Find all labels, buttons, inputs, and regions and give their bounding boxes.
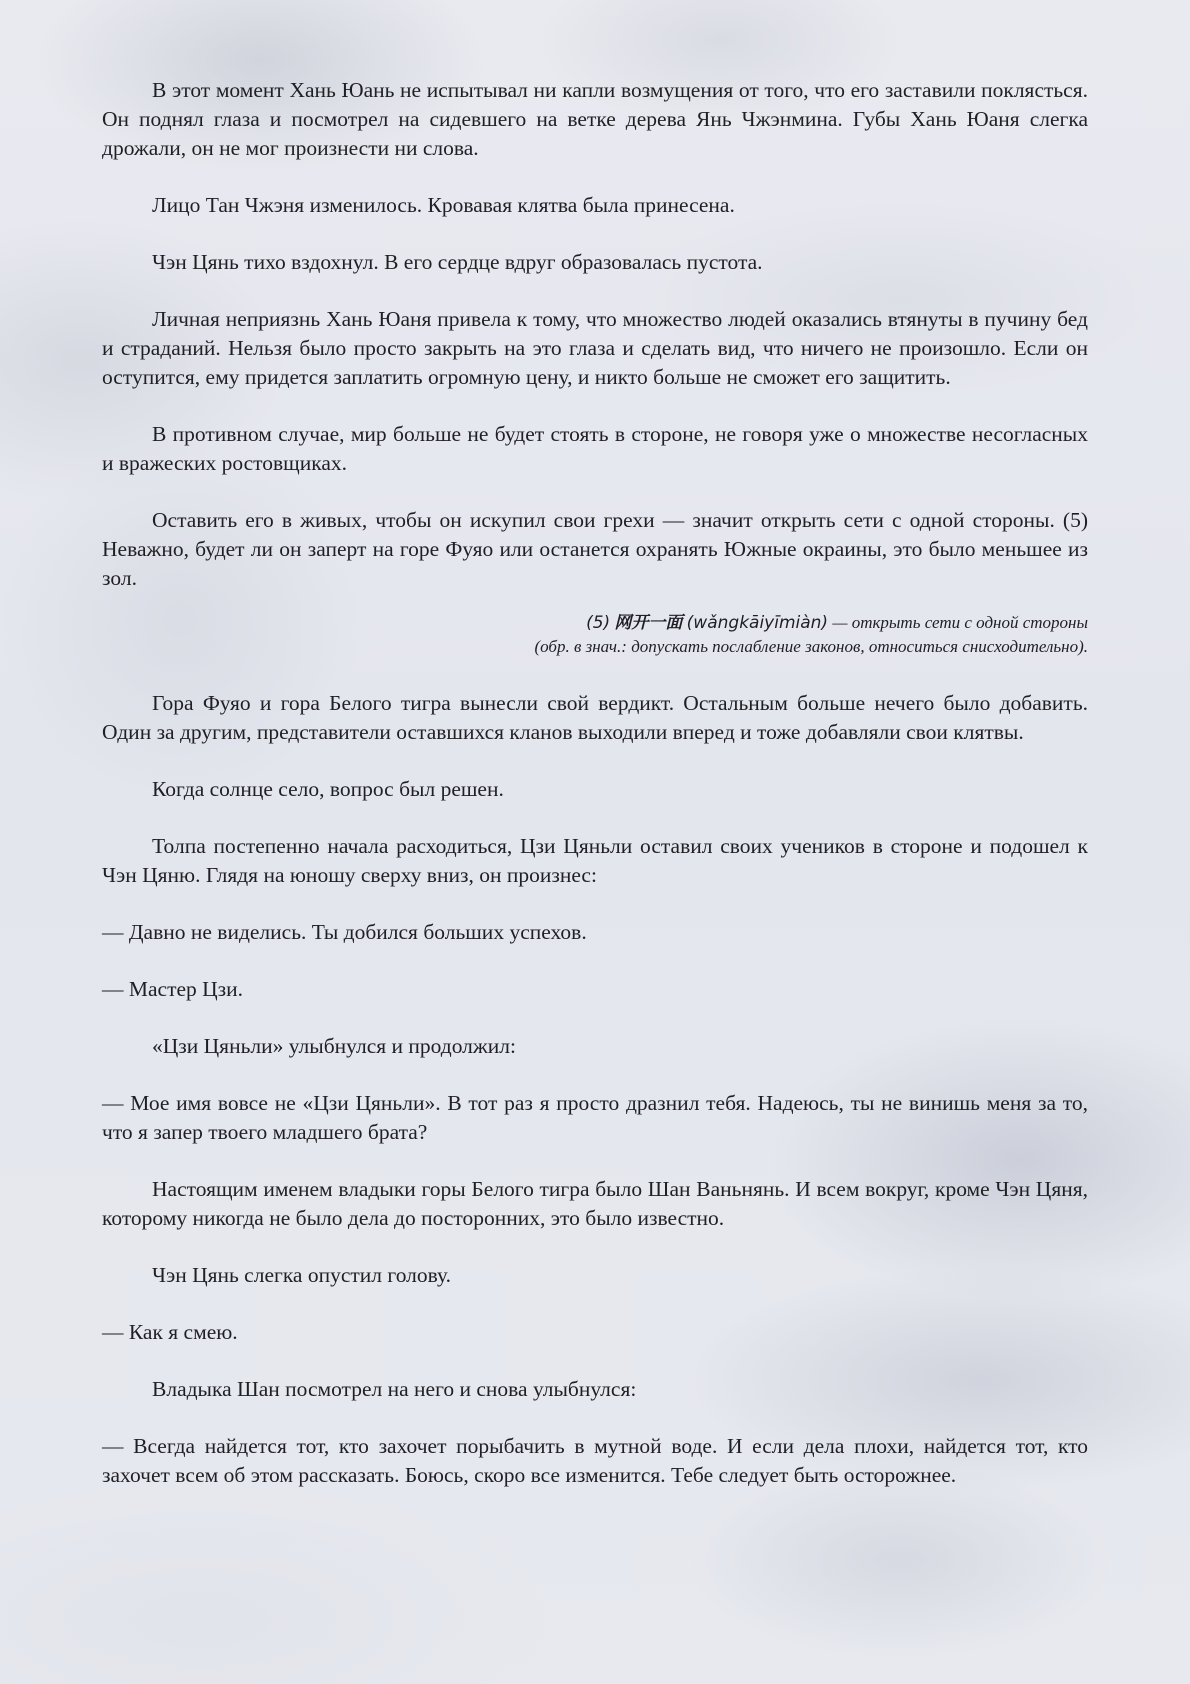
footnote: (5) 网开一面 (wǎngkāiyīmiàn) — открыть сети … bbox=[102, 611, 1088, 659]
paragraph: «Цзи Цяньли» улыбнулся и продолжил: bbox=[102, 1032, 1088, 1061]
paragraph: Личная неприязнь Хань Юаня привела к том… bbox=[102, 305, 1088, 392]
paragraph: Когда солнце село, вопрос был решен. bbox=[102, 775, 1088, 804]
paragraph-gap bbox=[102, 220, 1088, 248]
paragraph-gap bbox=[102, 1147, 1088, 1175]
paragraph-gap bbox=[102, 947, 1088, 975]
footnote-translation: — открыть сети с одной стороны bbox=[832, 613, 1088, 632]
paragraph-gap bbox=[102, 163, 1088, 191]
paragraph-gap bbox=[102, 277, 1088, 305]
footnote-pinyin: (wǎngkāiyīmiàn) bbox=[687, 613, 828, 633]
paragraph: — Мое имя вовсе не «Цзи Цяньли». В тот р… bbox=[102, 1089, 1088, 1147]
paragraph-gap bbox=[102, 1233, 1088, 1261]
footnote-line-2: (обр. в знач.: допускать послабление зак… bbox=[102, 635, 1088, 659]
paragraph-gap bbox=[102, 890, 1088, 918]
paragraph: Гора Фуяо и гора Белого тигра вынесли св… bbox=[102, 689, 1088, 747]
paragraph-gap bbox=[102, 1004, 1088, 1032]
paragraph-gap bbox=[102, 1290, 1088, 1318]
text-body-after-footnote: Гора Фуяо и гора Белого тигра вынесли св… bbox=[102, 689, 1088, 1490]
paragraph-gap bbox=[102, 1061, 1088, 1089]
paragraph: В этот момент Хань Юань не испытывал ни … bbox=[102, 76, 1088, 163]
paragraph: Владыка Шан посмотрел на него и снова ул… bbox=[102, 1375, 1088, 1404]
footnote-hanzi: 网开一面 bbox=[614, 613, 682, 633]
footnote-marker: (5) bbox=[586, 613, 610, 633]
paragraph-gap bbox=[102, 1347, 1088, 1375]
text-body-before-footnote: В этот момент Хань Юань не испытывал ни … bbox=[102, 76, 1088, 593]
paragraph: Лицо Тан Чжэня изменилось. Кровавая клят… bbox=[102, 191, 1088, 220]
document-page: В этот момент Хань Юань не испытывал ни … bbox=[102, 76, 1088, 1490]
paragraph: Чэн Цянь слегка опустил голову. bbox=[102, 1261, 1088, 1290]
footnote-line-1: (5) 网开一面 (wǎngkāiyīmiàn) — открыть сети … bbox=[102, 611, 1088, 635]
paragraph-gap bbox=[102, 1404, 1088, 1432]
paragraph-gap bbox=[102, 392, 1088, 420]
paragraph: Толпа постепенно начала расходиться, Цзи… bbox=[102, 832, 1088, 890]
paragraph: Настоящим именем владыки горы Белого тиг… bbox=[102, 1175, 1088, 1233]
paragraph-gap bbox=[102, 747, 1088, 775]
paragraph-gap bbox=[102, 478, 1088, 506]
paragraph: — Мастер Цзи. bbox=[102, 975, 1088, 1004]
paragraph: Чэн Цянь тихо вздохнул. В его сердце вдр… bbox=[102, 248, 1088, 277]
paragraph: — Всегда найдется тот, кто захочет порыб… bbox=[102, 1432, 1088, 1490]
paragraph: — Как я смею. bbox=[102, 1318, 1088, 1347]
paragraph: Оставить его в живых, чтобы он искупил с… bbox=[102, 506, 1088, 593]
paragraph: — Давно не виделись. Ты добился больших … bbox=[102, 918, 1088, 947]
paragraph: В противном случае, мир больше не будет … bbox=[102, 420, 1088, 478]
paragraph-gap bbox=[102, 804, 1088, 832]
